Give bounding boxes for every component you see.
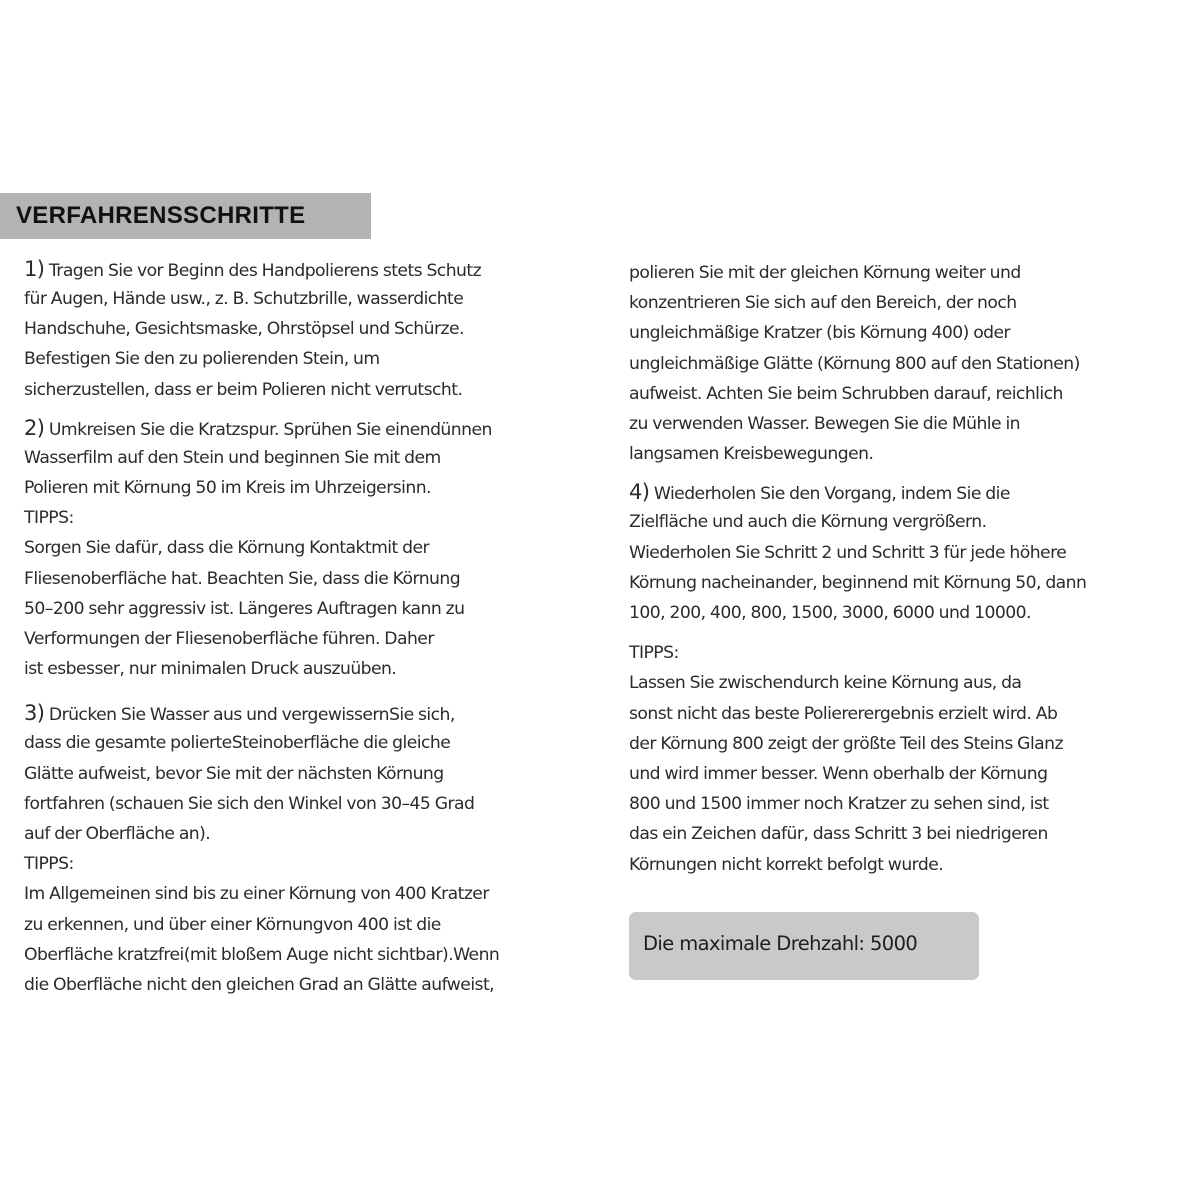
step-1-line-1: 1) Tragen Sie vor Beginn des Handpoliere… bbox=[24, 256, 614, 284]
step-2-number: 2) bbox=[24, 416, 44, 440]
step-4-line-4: Körnung nacheinander, beginnend mit Körn… bbox=[629, 568, 1199, 598]
step-3-tip-line-3: Oberfläche kratzfrei(mit bloßem Auge nic… bbox=[24, 940, 614, 970]
step-3-cont-line-5: aufweist. Achten Sie beim Schrubben dara… bbox=[629, 379, 1199, 409]
step-3-tip-line-2: zu erkennen, und über einer Körnungvon 4… bbox=[24, 910, 614, 940]
step-2-line-2: Wasserfilm auf den Stein und beginnen Si… bbox=[24, 443, 614, 473]
step-4-line-3: Wiederholen Sie Schritt 2 und Schritt 3 … bbox=[629, 538, 1199, 568]
step-1-line-4: Befestigen Sie den zu polierenden Stein,… bbox=[24, 344, 614, 374]
step-3-line-5: auf der Oberfläche an). bbox=[24, 819, 614, 849]
max-rpm-text: Die maximale Drehzahl: 5000 bbox=[643, 932, 917, 955]
step-3-line-4: fortfahren (schauen Sie sich den Winkel … bbox=[24, 789, 614, 819]
step-1-line-3: Handschuhe, Gesichtsmaske, Ohrstöpsel un… bbox=[24, 314, 614, 344]
section-header-bar: VERFAHRENSSCHRITTE bbox=[0, 193, 371, 239]
step-4-tip-line-4: und wird immer besser. Wenn oberhalb der… bbox=[629, 759, 1199, 789]
right-column: polieren Sie mit der gleichen Körnung we… bbox=[629, 258, 1199, 880]
step-4-line-2: Zielfläche und auch die Körnung vergröße… bbox=[629, 507, 1199, 537]
step-1-number: 1) bbox=[24, 257, 44, 281]
step-4: 4) Wiederholen Sie den Vorgang, indem Si… bbox=[629, 479, 1199, 879]
step-2-line-1: 2) Umkreisen Sie die Kratzspur. Sprühen … bbox=[24, 415, 614, 443]
step-3-cont-line-6: zu verwenden Wasser. Bewegen Sie die Müh… bbox=[629, 409, 1199, 439]
section-title: VERFAHRENSSCHRITTE bbox=[16, 202, 305, 230]
max-rpm-box: Die maximale Drehzahl: 5000 bbox=[629, 912, 979, 980]
step-4-tip-line-7: Körnungen nicht korrekt befolgt wurde. bbox=[629, 850, 1199, 880]
step-1-line-5: sicherzustellen, dass er beim Polieren n… bbox=[24, 375, 614, 405]
step-3-tip-line-1: Im Allgemeinen sind bis zu einer Körnung… bbox=[24, 879, 614, 909]
step-1: 1) Tragen Sie vor Beginn des Handpoliere… bbox=[24, 256, 614, 405]
step-4-tip-line-3: der Körnung 800 zeigt der größte Teil de… bbox=[629, 729, 1199, 759]
step-4-tip-line-5: 800 und 1500 immer noch Kratzer zu sehen… bbox=[629, 789, 1199, 819]
step-2-line-3: Polieren mit Körnung 50 im Kreis im Uhrz… bbox=[24, 473, 614, 503]
step-3-cont-line-4: ungleichmäßige Glätte (Körnung 800 auf d… bbox=[629, 349, 1199, 379]
step-4-tip-line-1: Lassen Sie zwischendurch keine Körnung a… bbox=[629, 668, 1199, 698]
step-1-line-2: für Augen, Hände usw., z. B. Schutzbrill… bbox=[24, 284, 614, 314]
step-3-cont-line-7: langsamen Kreisbewegungen. bbox=[629, 439, 1199, 469]
step-2-tips-label: TIPPS: bbox=[24, 503, 614, 533]
step-4-number: 4) bbox=[629, 480, 649, 504]
left-column: 1) Tragen Sie vor Beginn des Handpoliere… bbox=[24, 256, 614, 1000]
step-3-cont-line-3: ungleichmäßige Kratzer (bis Körnung 400)… bbox=[629, 318, 1199, 348]
step-2-tip-line-1: Sorgen Sie dafür, dass die Körnung Konta… bbox=[24, 533, 614, 563]
step-3-tips-label: TIPPS: bbox=[24, 849, 614, 879]
step-2-tip-line-3: 50–200 sehr aggressiv ist. Längeres Auft… bbox=[24, 594, 614, 624]
step-3-line-3: Glätte aufweist, bevor Sie mit der nächs… bbox=[24, 759, 614, 789]
step-4-line-1: 4) Wiederholen Sie den Vorgang, indem Si… bbox=[629, 479, 1199, 507]
step-3: 3) Drücken Sie Wasser aus und vergewisse… bbox=[24, 700, 614, 1000]
step-4-line-5: 100, 200, 400, 800, 1500, 3000, 6000 und… bbox=[629, 598, 1199, 628]
step-2-tip-line-5: ist esbesser, nur minimalen Druck auszuü… bbox=[24, 654, 614, 684]
step-2-tip-line-4: Verformungen der Fliesenoberfläche führe… bbox=[24, 624, 614, 654]
step-4-tip-line-6: das ein Zeichen dafür, dass Schritt 3 be… bbox=[629, 819, 1199, 849]
step-3-continued: polieren Sie mit der gleichen Körnung we… bbox=[629, 258, 1199, 469]
step-3-cont-line-1: polieren Sie mit der gleichen Körnung we… bbox=[629, 258, 1199, 288]
step-4-tips-label: TIPPS: bbox=[629, 638, 1199, 668]
step-2-tip-line-2: Fliesenoberfläche hat. Beachten Sie, das… bbox=[24, 564, 614, 594]
step-3-line-2: dass die gesamte polierteSteinoberfläche… bbox=[24, 728, 614, 758]
step-3-tip-line-4: die Oberfläche nicht den gleichen Grad a… bbox=[24, 970, 614, 1000]
step-3-number: 3) bbox=[24, 701, 44, 725]
step-3-line-1: 3) Drücken Sie Wasser aus und vergewisse… bbox=[24, 700, 614, 728]
step-4-tip-line-2: sonst nicht das beste Poliererergebnis e… bbox=[629, 699, 1199, 729]
step-3-cont-line-2: konzentrieren Sie sich auf den Bereich, … bbox=[629, 288, 1199, 318]
step-2: 2) Umkreisen Sie die Kratzspur. Sprühen … bbox=[24, 415, 614, 685]
